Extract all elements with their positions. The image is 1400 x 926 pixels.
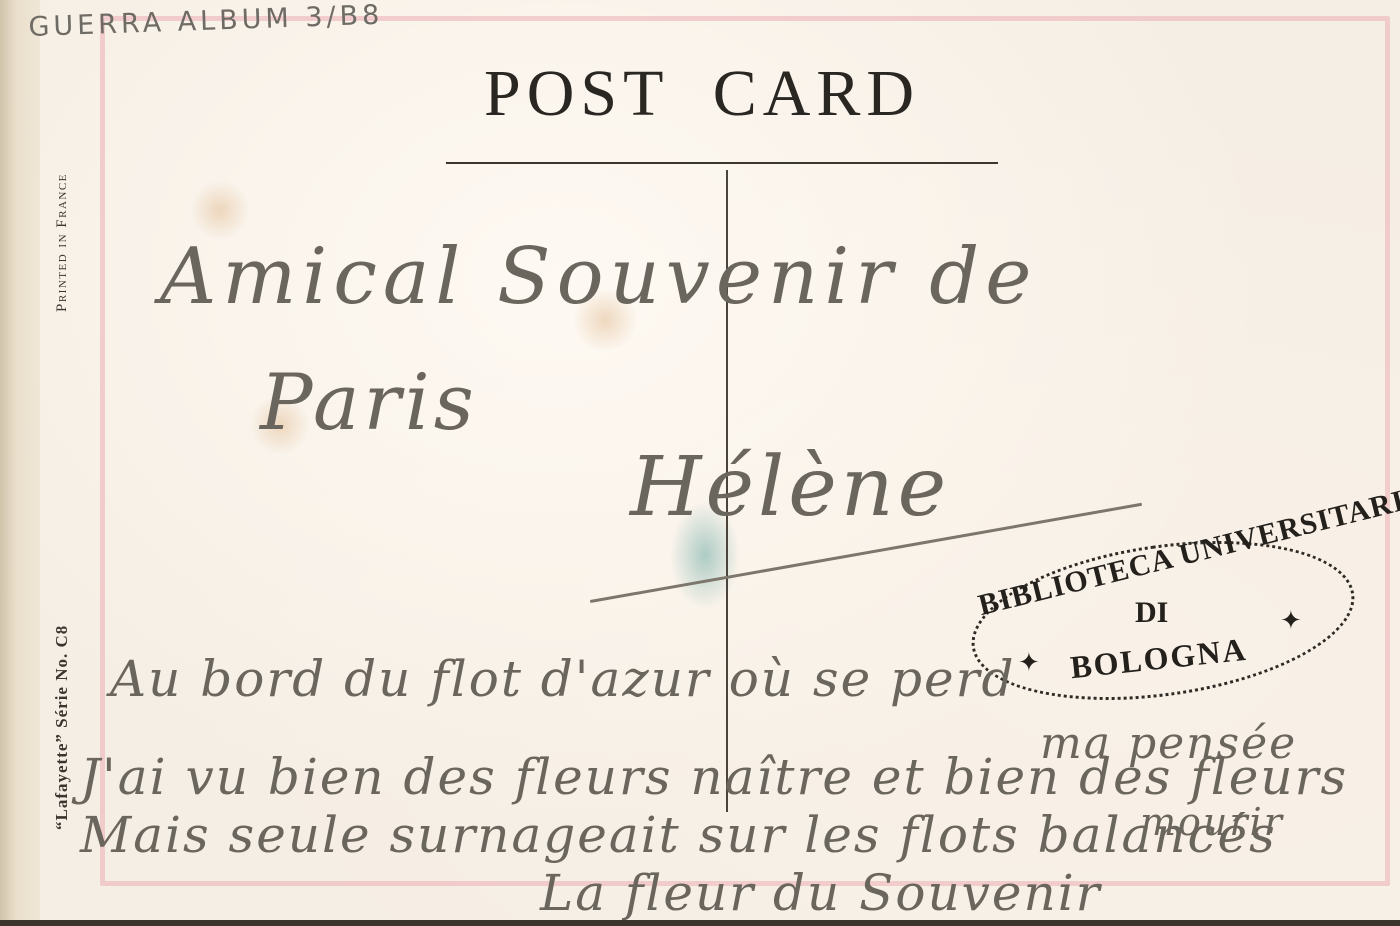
publisher-series: “Lafayette” Série No. C8 (52, 625, 72, 830)
worn-left-edge (0, 0, 40, 926)
poem-line: Mais seule surnageait sur les flots bala… (80, 806, 1277, 864)
greeting-line-2: Paris (260, 358, 478, 448)
stamp-line-2: DI (1135, 596, 1168, 630)
poem-line: La fleur du Souvenir (540, 864, 1102, 922)
greeting-line-1: Amical Souvenir de (160, 232, 1037, 322)
header-divider (446, 162, 998, 164)
foxing-stain (190, 180, 250, 240)
stamp-ornament-icon: ✦ (1018, 648, 1040, 678)
postcard-title: POST CARD (484, 56, 920, 132)
postcard-back: GUERRA ALBUM 3/B8 POST CARD Printed in F… (0, 0, 1400, 926)
bottom-edge (0, 920, 1400, 926)
signature: Hélène (630, 440, 950, 535)
printed-in-notice: Printed in France (54, 173, 71, 312)
poem-line: Au bord du flot d'azur où se perd (110, 650, 1016, 708)
poem-line: J'ai vu bien des fleurs naître et bien d… (80, 748, 1348, 806)
poem-line: mourir (1140, 800, 1284, 844)
stamp-ornament-icon: ✦ (1280, 606, 1302, 636)
